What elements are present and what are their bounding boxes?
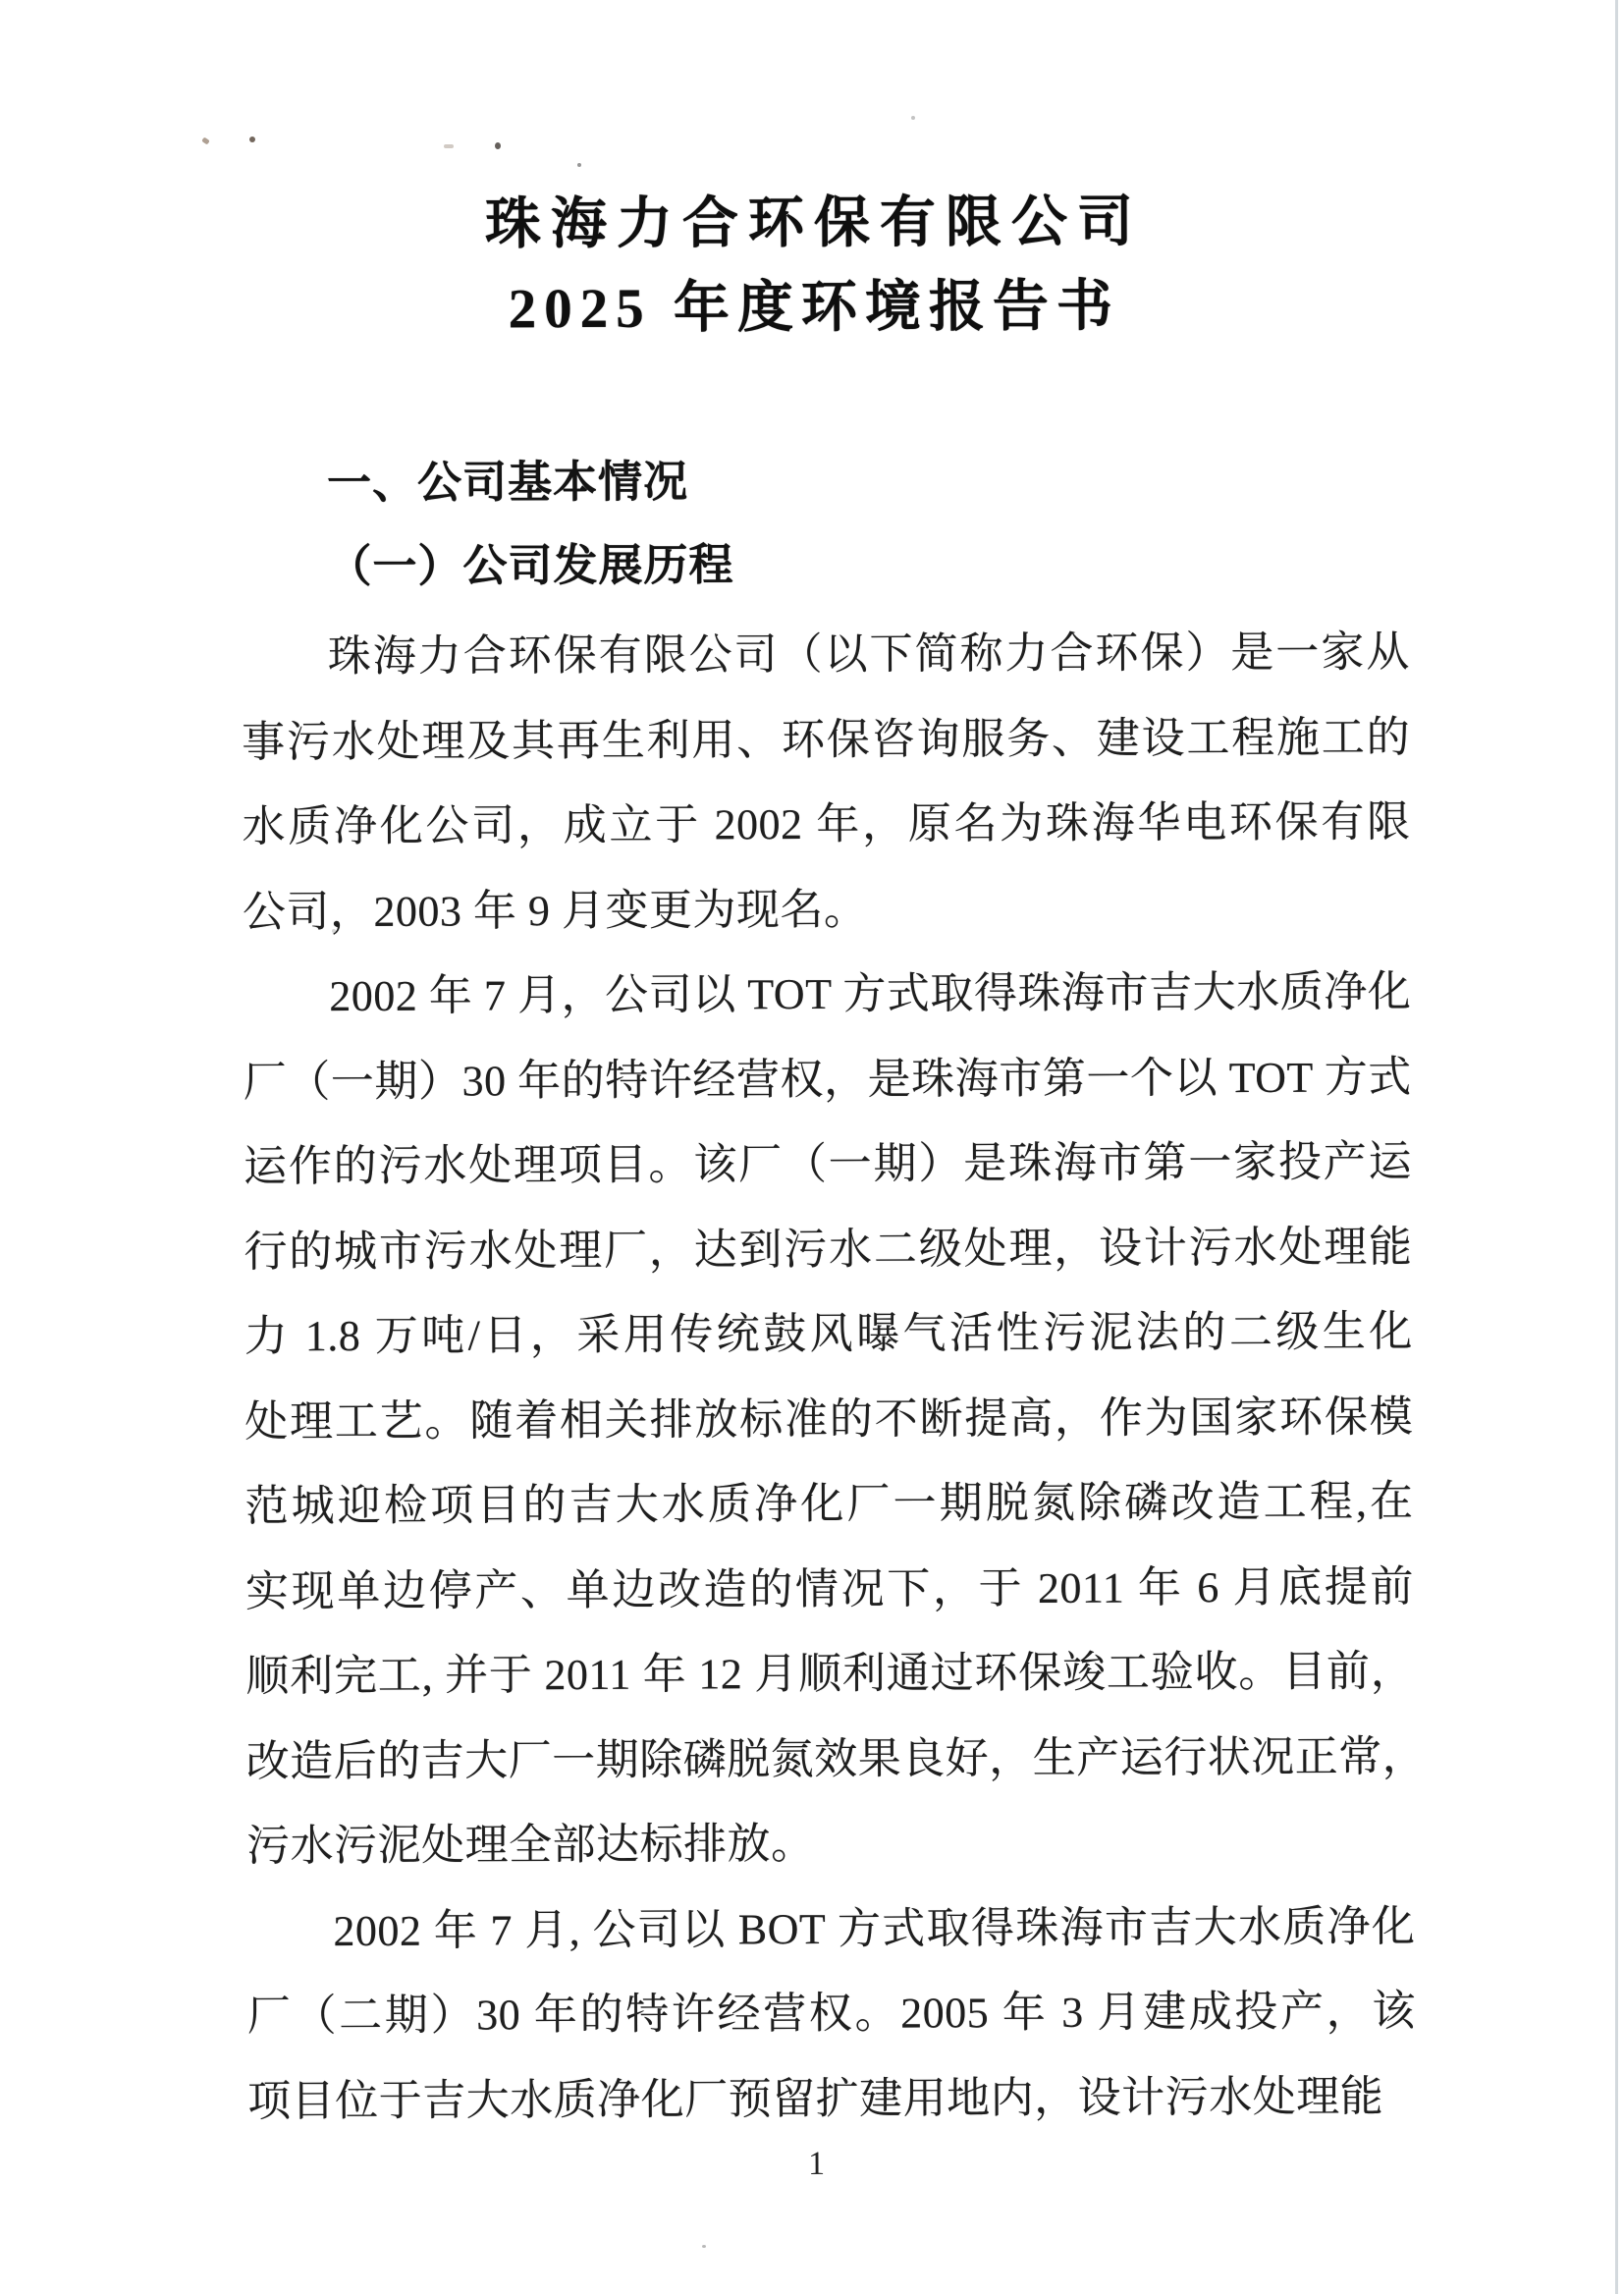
scan-speck bbox=[577, 163, 581, 167]
body-line: 行的城市污水处理厂，达到污水二级处理，设计污水处理能 bbox=[244, 1205, 1412, 1295]
scan-speck bbox=[332, 929, 336, 933]
body-line: 水质净化公司，成立于 2002 年，原名为珠海华电环保有限 bbox=[242, 780, 1410, 870]
body-line: 实现单边停产、单边改造的情况下，于 2011 年 6 月底提前 bbox=[245, 1545, 1414, 1635]
body-line: 公司，2003 年 9 月变更为现名。 bbox=[243, 865, 1411, 956]
scanned-content: 珠海力合环保有限公司 2025 年度环境报告书 一、公司基本情况 （一）公司发展… bbox=[0, 0, 1624, 2294]
body-line: 运作的污水处理项目。该厂（一期）是珠海市第一家投产运 bbox=[244, 1120, 1412, 1210]
scan-speck bbox=[702, 2245, 706, 2248]
body-line: 2002 年 7 月, 公司以 BOT 方式取得珠海市吉大水质净化 bbox=[246, 1884, 1415, 1975]
scan-speck bbox=[495, 142, 501, 149]
body-line: 珠海力合环保有限公司（以下简称力合环保）是一家从 bbox=[242, 610, 1410, 700]
body-line: 顺利完工, 并于 2011 年 12 月顺利通过环保竣工验收。目前， bbox=[245, 1629, 1414, 1720]
body-line: 厂（二期）30 年的特许经营权。2005 年 3 月建成投产，该 bbox=[247, 1969, 1416, 2059]
scan-speck bbox=[444, 144, 454, 148]
body-line: 处理工艺。随着相关排放标准的不断提高，作为国家环保模 bbox=[244, 1375, 1413, 1465]
body-line: 事污水处理及其再生利用、环保咨询服务、建设工程施工的 bbox=[242, 695, 1410, 786]
document-page: 珠海力合环保有限公司 2025 年度环境报告书 一、公司基本情况 （一）公司发展… bbox=[0, 0, 1624, 2294]
body-line: 厂（一期）30 年的特许经营权，是珠海市第一个以 TOT 方式 bbox=[244, 1035, 1412, 1125]
body-line: 项目位于吉大水质净化厂预留扩建用地内，设计污水处理能 bbox=[247, 2054, 1416, 2145]
page-number: 1 bbox=[4, 2133, 1624, 2195]
body-line: 污水污泥处理全部达标排放。 bbox=[246, 1799, 1415, 1889]
body-line: 范城迎检项目的吉大水质净化厂一期脱氮除磷改造工程,在 bbox=[244, 1459, 1413, 1550]
section-heading: 一、公司基本情况 bbox=[327, 440, 688, 526]
body-line: 改造后的吉大厂一期除磷脱氮效果良好，生产运行状况正常， bbox=[246, 1715, 1415, 1805]
subsection-heading: （一）公司发展历程 bbox=[327, 522, 733, 609]
report-title-line-2: 2025 年度环境报告书 bbox=[0, 261, 1620, 355]
scan-edge-line bbox=[1615, 0, 1618, 2294]
body-line: 力 1.8 万吨/日，采用传统鼓风曝气活性污泥法的二级生化 bbox=[244, 1289, 1413, 1380]
body-text: 珠海力合环保有限公司（以下简称力合环保）是一家从事污水处理及其再生利用、环保咨询… bbox=[242, 610, 1417, 2144]
report-title-line-1: 珠海力合环保有限公司 bbox=[0, 177, 1620, 270]
scan-speck bbox=[911, 116, 915, 120]
scan-speck bbox=[249, 137, 255, 142]
body-line: 2002 年 7 月，公司以 TOT 方式取得珠海市吉大水质净化 bbox=[243, 950, 1411, 1040]
